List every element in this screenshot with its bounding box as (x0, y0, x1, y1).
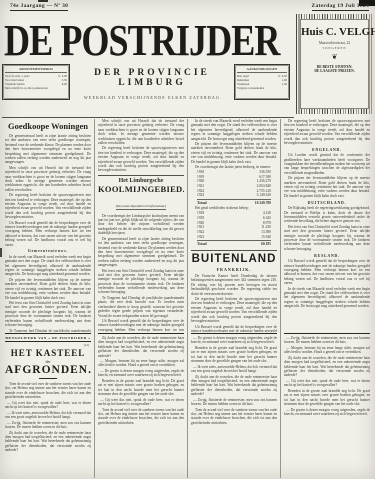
body-paragraph: — Gij weet dus niet, sprak de oude heer,… (98, 398, 184, 407)
body-paragraph: Men schrijft ons uit Hasselt dat de toes… (5, 166, 91, 192)
tariff-box-title: AANKONDIGINGEN (237, 67, 287, 73)
article-body: Men schrijft ons uit Hasselt dat de toes… (98, 119, 184, 173)
body-paragraph: De regeering heeft besloten de spoorwegt… (191, 297, 277, 323)
column-rule (191, 333, 277, 334)
feuilleton-body: Toen de avond viel over de sombere toren… (5, 382, 91, 452)
feuilleton-title-line1: HET KASTEEL (5, 348, 91, 358)
body-paragraph: Beneden in de groote zaal brandde nog li… (98, 379, 184, 397)
body-paragraph: Uit Brussel wordt gemeld dat de bespreki… (191, 325, 277, 332)
body-paragraph: — Morgen, hernam hij na eene lange stilt… (98, 359, 184, 368)
body-paragraph: Uit Brussel wordt gemeld dat de bespreki… (5, 221, 91, 247)
article-body: De voortbrengst der Limburgsche koolmijn… (98, 214, 184, 332)
body-paragraph: De prijzen der levensmiddelen blijven op… (5, 278, 91, 300)
body-paragraph: — Gij weet dus niet, sprak de oude heer,… (284, 379, 370, 388)
body-paragraph: — De gravin is dezen morgen vroeg uitger… (284, 408, 370, 417)
body-paragraph: Uit Londen wordt geseind dat de conferen… (284, 153, 370, 175)
body-paragraph: Te Tongeren had Dinsdag de jaarlijksche … (5, 329, 91, 333)
body-paragraph: Uit Brussel wordt gemeld dat de bespreki… (98, 319, 184, 332)
advertisement-box: Huis C. VELGHE & Cie Maastrichterstraat,… (296, 14, 373, 114)
body-paragraph: — Zwijg, fluisterde de rentmeester, men … (191, 398, 277, 407)
feuilleton-section: MENGELWERK VAN « DE POSTRIJDER » (12) HE… (5, 336, 91, 478)
body-paragraph: Men schrijft ons uit Hasselt dat de toes… (98, 119, 184, 145)
masthead: DE POSTRIJDER ABONNEMENTSPRIJS Voor de s… (2, 14, 373, 118)
article-headline: Goedkoope Woningen (5, 121, 91, 131)
body-paragraph: De regeering heeft besloten de spoorwegt… (284, 119, 370, 145)
body-paragraph: Het feest van Sint Christoffel werd Zond… (5, 301, 91, 327)
article-byline: (Van onzen bijzonderen briefwisselaar.) (116, 204, 166, 210)
production-total: Totaal10.349.780 (197, 199, 271, 205)
section-headline: BUITENLAND (191, 253, 277, 265)
column-2: Men schrijft ons uit Hasselt dat de toes… (94, 119, 187, 478)
country-subhead: Gemeentenieuws. (5, 249, 91, 253)
body-paragraph: — Zwijg, fluisterde de rentmeester, men … (5, 421, 91, 430)
country-subhead: FRANKRIJK. (191, 267, 277, 272)
issue-number: 74e Jaargang — Nº 30 (10, 3, 68, 11)
body-paragraph: De regeering heeft besloten de spoorwegt… (5, 193, 91, 219)
subscription-box-title: ABONNEMENTSPRIJS (5, 67, 67, 73)
infobox-line: Men schrijft in op alle postkantoren (5, 86, 67, 90)
body-paragraph: — De gravin is dezen morgen vroeg uitger… (98, 369, 184, 378)
article-body: De gemeenteraad heeft in zijne laatste z… (5, 134, 91, 332)
feuilleton-installment-number: (12) (5, 343, 89, 347)
article-body: De Fransche Kamer heeft Donderdag de nie… (191, 274, 277, 332)
issue-date: Zaterdag 19 Juli 1924 (312, 3, 369, 11)
column-4: De regeering heeft besloten de spoorwegt… (280, 119, 373, 478)
infobox-line: Volgens overeenkomst (237, 86, 287, 90)
feuilleton-banner: MENGELWERK VAN « DE POSTRIJDER » (5, 336, 91, 342)
body-paragraph: De Fransche Kamer heeft Donderdag de nie… (191, 274, 277, 296)
body-paragraph: De gemeenteraad heeft in zijne laatste z… (98, 237, 184, 268)
article-columns: Goedkoope Woningen De gemeenteraad heeft… (2, 119, 373, 478)
section-headline-block: BUITENLAND FRANKRIJK. (191, 250, 277, 273)
feuilleton-body: — Zwijg, fluisterde de rentmeester, men … (284, 336, 370, 478)
body-paragraph: Uit Brussel wordt gemeld dat de bespreki… (284, 259, 370, 285)
article-coal-district: Men schrijft ons uit Hasselt dat de toes… (98, 119, 184, 332)
body-paragraph: Het feest van Sint Christoffel werd Zond… (98, 269, 184, 295)
article-headline: KOOLMIJNGEBIED. (98, 184, 184, 194)
subscription-box: ABONNEMENTSPRIJS Voor de stad, 's jaarsf… (2, 64, 70, 100)
workers-total: Totaal60.185 (197, 240, 271, 246)
body-paragraph: Te Tongeren had Dinsdag de jaarlijksche … (98, 296, 184, 318)
body-paragraph: Beneden in de groote zaal brandde nog li… (191, 346, 277, 364)
article-body: De regeering heeft besloten de spoorwegt… (284, 119, 370, 332)
table-row: 19233.140.610 (197, 193, 271, 198)
advertiser-city: TONGEREN (301, 46, 368, 50)
body-paragraph: Zij dacht aan de woorden, die de oude re… (98, 336, 184, 358)
feuilleton-title-line2: der (5, 359, 91, 364)
advertiser-address: Maastrichterstraat, 22 (301, 41, 368, 45)
subscription-lines: Voor de stad, 's jaarsfr. 5,00Voor den b… (5, 74, 67, 90)
body-paragraph: — Ik weet niets, antwoordde Helena, doch… (191, 365, 277, 374)
body-paragraph: De voortbrengst der Limburgsche koolmijn… (98, 214, 184, 236)
issue-line: 74e Jaargang — Nº 30 Zaterdag 19 Juli 19… (0, 2, 375, 14)
body-paragraph: — Zwijg, fluisterde de rentmeester, men … (284, 336, 370, 345)
body-paragraph: Zij dacht aan de woorden, die de oude re… (284, 356, 370, 378)
article-foreign-news: In de streek van Maaseik werd verleden w… (191, 119, 277, 332)
body-paragraph: In de streek van Maaseik werd verleden w… (191, 119, 277, 141)
advertiser-name: Huis C. VELGHE & Cie (301, 26, 368, 38)
masthead-row: ABONNEMENTSPRIJS Voor de stad, 's jaarsf… (2, 64, 290, 100)
body-paragraph: Toen de avond viel over de sombere toren… (191, 408, 277, 426)
newspaper-page: 74e Jaargang — Nº 30 Zaterdag 19 Juli 19… (0, 0, 375, 479)
country-subhead: RUSLAND. (284, 254, 370, 258)
body-paragraph: — De gravin is dezen morgen vroeg uitger… (191, 336, 277, 345)
ad-slogan-2: DE LAAGSTE PRIJZEN. (301, 69, 368, 73)
body-paragraph: De prijzen der levensmiddelen blijven op… (191, 142, 277, 164)
body-paragraph: In de streek van Maaseik werd verleden w… (5, 255, 91, 277)
column-3: In de streek van Maaseik werd verleden w… (187, 119, 280, 478)
feuilleton-title-line3: AFGRONDEN. (5, 364, 91, 376)
body-paragraph: De Rijksdag heeft de regeeringsverklarin… (284, 206, 370, 224)
body-paragraph: De regeering heeft besloten de spoorwegt… (98, 146, 184, 172)
body-paragraph: Toen de avond viel over de sombere toren… (5, 382, 91, 400)
body-paragraph: Toen de avond viel over de sombere toren… (98, 408, 184, 426)
advertisement-content: Huis C. VELGHE & Cie Maastrichterstraat,… (300, 19, 369, 109)
masthead-center: DER PROVINCIE LIMBURG WEEKBLAD VERSCHIJN… (70, 64, 234, 100)
article-cheap-housing: Goedkoope Woningen De gemeenteraad heeft… (5, 119, 91, 332)
column-rule (98, 333, 184, 334)
masthead-left: DE POSTRIJDER ABONNEMENTSPRIJS Voor de s… (2, 14, 294, 118)
country-subhead: DUITSCHLAND. (284, 201, 370, 205)
body-paragraph: Zij dacht aan de woorden, die de oude re… (191, 375, 277, 397)
column-1: Goedkoope Woningen De gemeenteraad heeft… (2, 119, 94, 478)
article-body: In de streek van Maaseik werd verleden w… (191, 119, 277, 164)
feuilleton-body: Zij dacht aan de woorden, die de oude re… (98, 336, 184, 478)
paper-title: DE POSTRIJDER (4, 17, 280, 64)
paper-subtitle-2: WEEKBLAD VERSCHIJNENDE ELKEN ZATERDAG (70, 95, 234, 100)
body-paragraph: De gemeenteraad heeft in zijne laatste z… (5, 134, 91, 165)
body-paragraph: Zij dacht aan de woorden, die de oude re… (5, 431, 91, 453)
feuilleton-body: — De gravin is dezen morgen vroeg uitger… (191, 336, 277, 478)
column-rule (284, 333, 370, 334)
paper-subtitle: DER PROVINCIE LIMBURG (70, 68, 234, 88)
table-note: Het getal werklieden in dienst beliep: (191, 206, 277, 210)
body-paragraph: — Morgen, hernam hij na eene lange stilt… (284, 346, 370, 355)
table-note: De voortbrengst der laatste jaren bedroe… (191, 165, 277, 169)
fleuron-ornament-icon: ❦ (301, 53, 368, 61)
body-paragraph: De prijzen der levensmiddelen blijven op… (284, 176, 370, 198)
table-row: 192315.940 (197, 235, 271, 240)
feuilleton-title-rule (39, 378, 57, 379)
article-headline-block: Het Limburgsche KOOLMIJNGEBIED. (Van onz… (98, 175, 184, 212)
production-table: 1918336.5501919617.39019201.436.27019212… (197, 170, 271, 198)
workers-table: 19184.12019196.34519208.970192111.230192… (197, 211, 271, 239)
column-rule (5, 333, 91, 334)
tariff-lines: Den regelfr. 0,50Reklamen1,00Vonnissen1,… (237, 74, 287, 90)
tariff-box: AANKONDIGINGEN Den regelfr. 0,50Reklamen… (234, 64, 290, 100)
body-paragraph: — Gij weet dus niet, sprak de oude heer,… (5, 401, 91, 410)
body-paragraph: In de streek van Maaseik werd verleden w… (284, 287, 370, 309)
country-subhead: ENGELAND. (284, 148, 370, 152)
body-paragraph: — Ik weet niets, antwoordde Helena, doch… (5, 411, 91, 420)
body-paragraph: Beneden in de groote zaal brandde nog li… (284, 389, 370, 407)
body-paragraph: Het feest van Sint Christoffel werd Zond… (284, 225, 370, 251)
